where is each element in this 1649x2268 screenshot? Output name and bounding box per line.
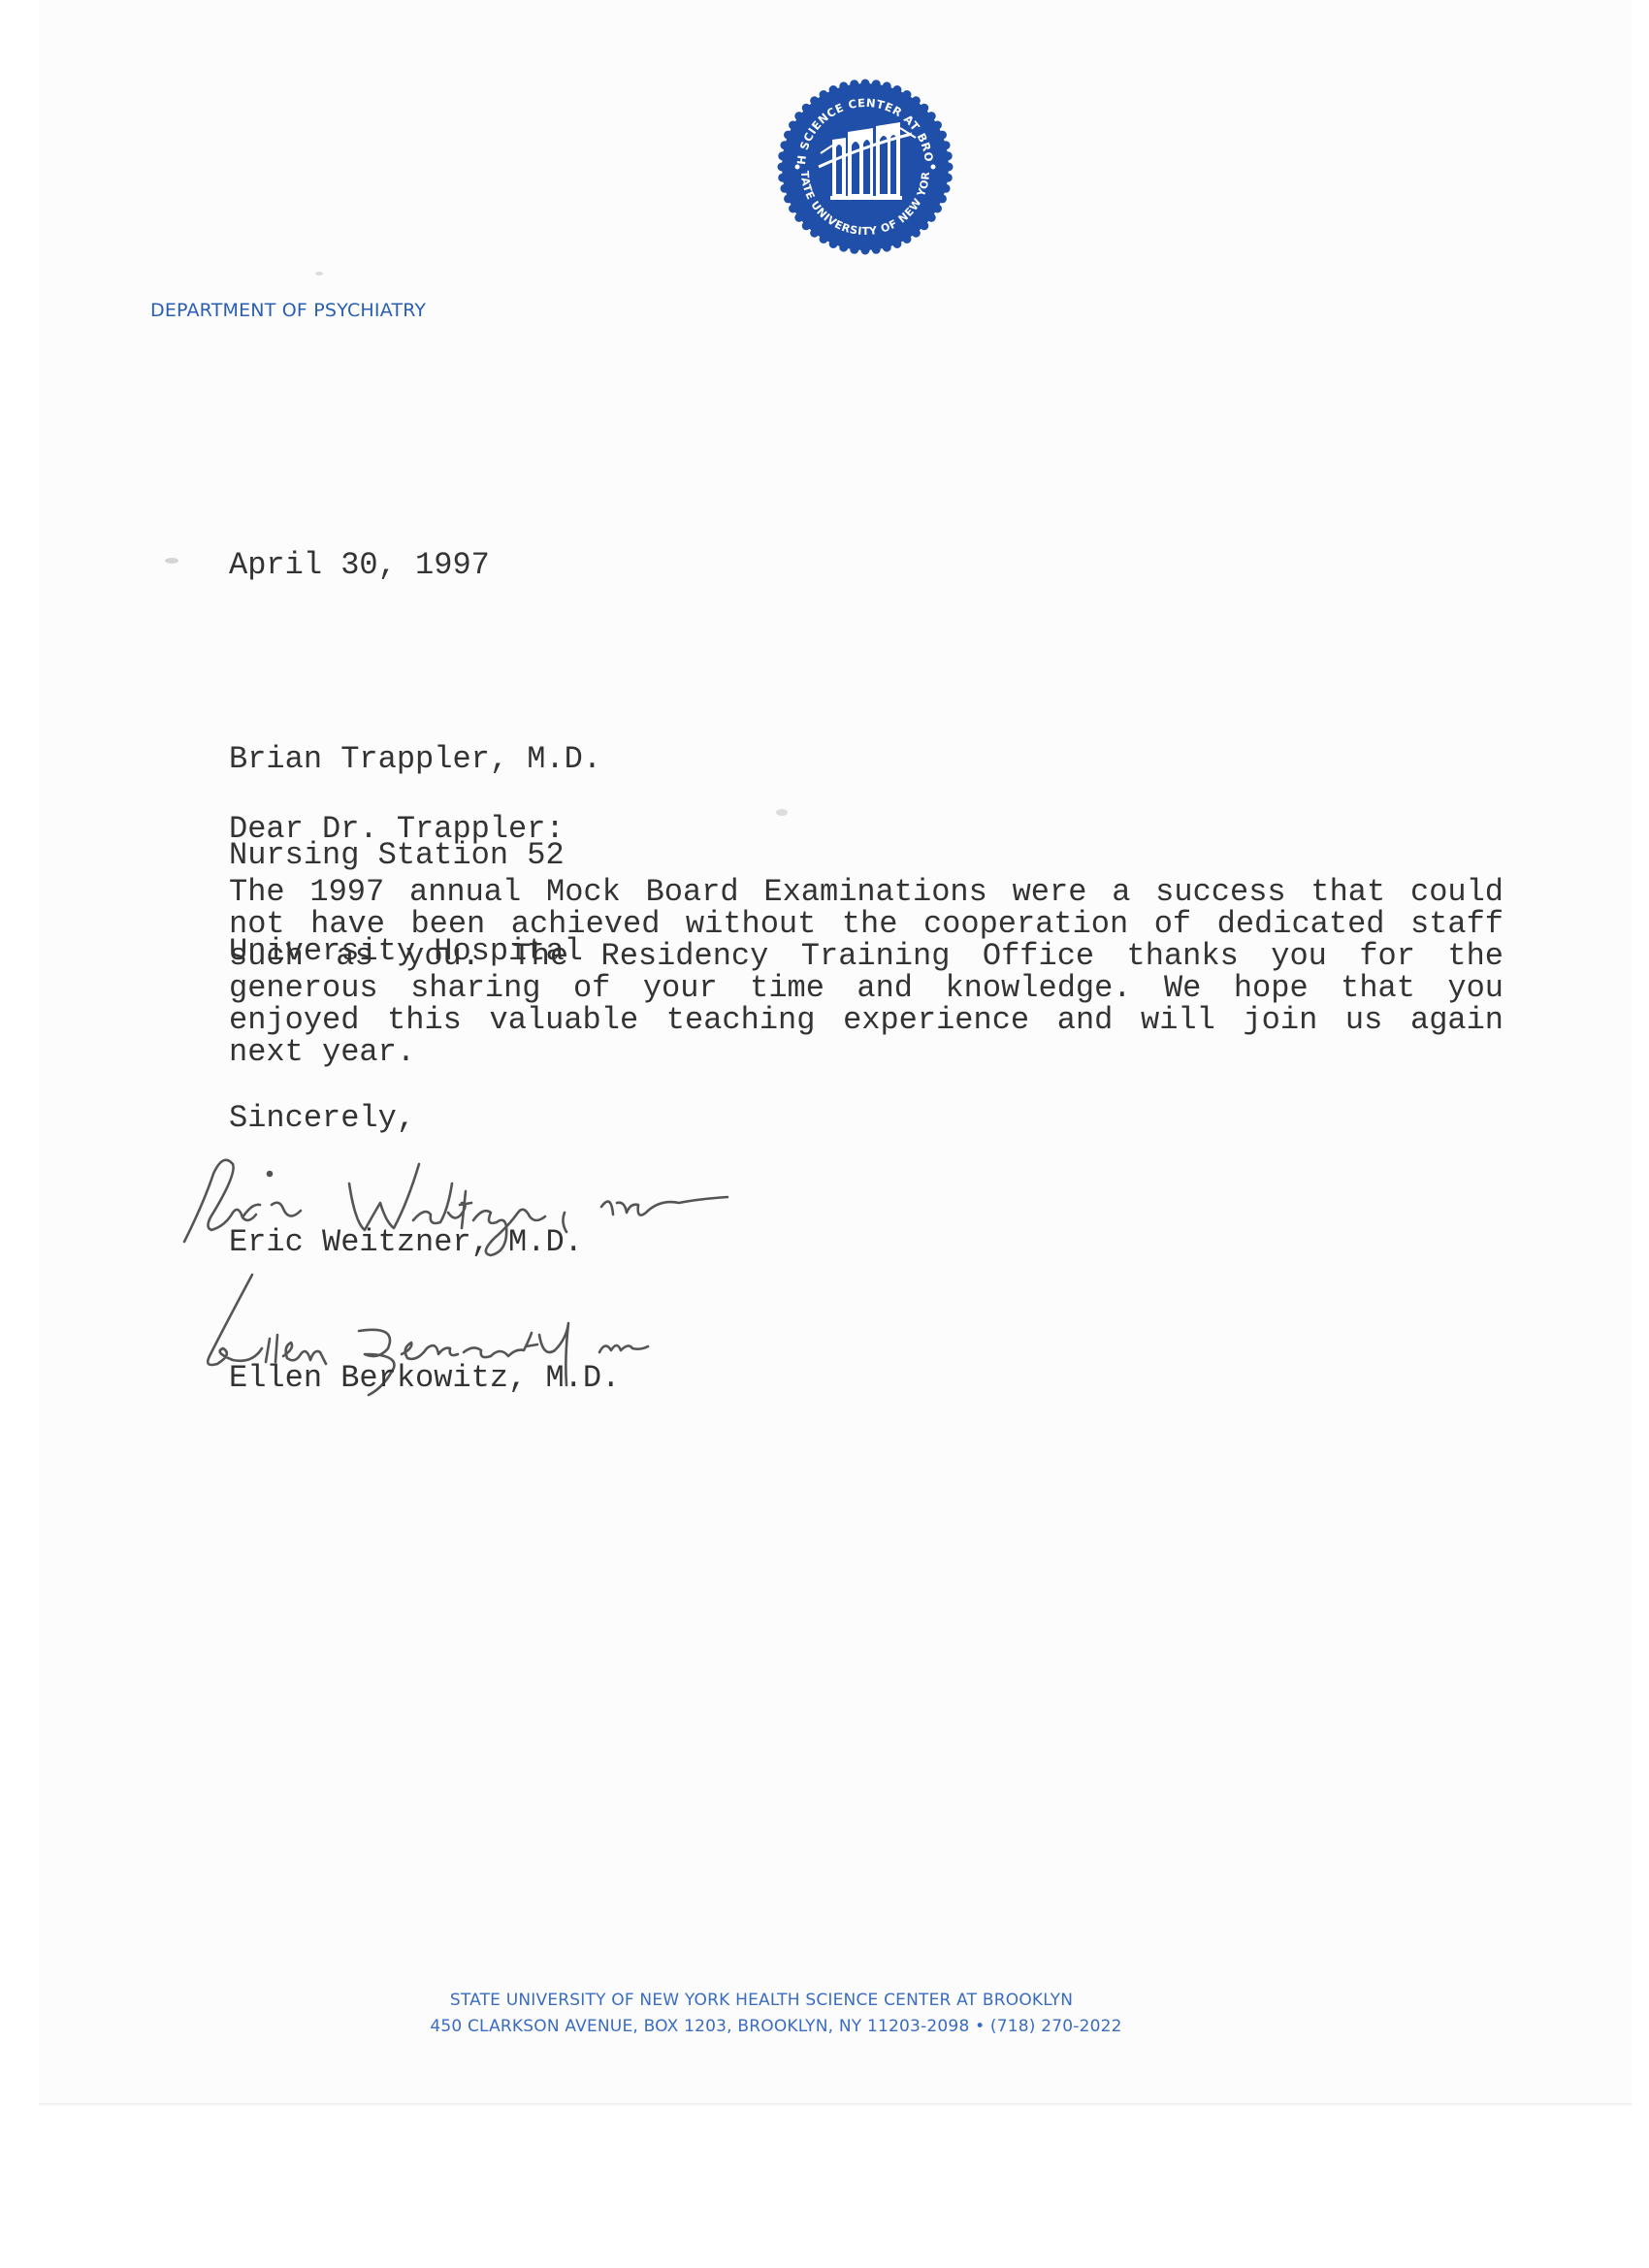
body-line: The 1997 annual Mock Board Examinations … [229, 876, 1503, 908]
footer-address: 450 CLARKSON AVENUE, BOX 1203, BROOKLYN,… [0, 2017, 1600, 2036]
closing: Sincerely, [229, 1102, 415, 1134]
brooklyn-bridge-seal-icon: HEALTH SCIENCE CENTER AT BROOKLYN STATE … [776, 78, 954, 256]
signatory-name: Eric Weitzner, M.D. [229, 1226, 583, 1258]
letter-date: April 30, 1997 [229, 549, 490, 581]
scan-speck [315, 272, 323, 275]
department-name: DEPARTMENT OF PSYCHIATRY [150, 300, 426, 321]
body-line: such as you. The Residency Training Offi… [229, 940, 1503, 972]
signatory-name: Ellen Berkowitz, M.D. [229, 1362, 620, 1394]
scan-speck [165, 558, 178, 564]
scan-speck [776, 809, 788, 816]
body-line: not have been achieved without the coope… [229, 908, 1503, 940]
footer-institution: STATE UNIVERSITY OF NEW YORK HEALTH SCIE… [0, 1991, 1586, 2010]
paper-edge [39, 2103, 1632, 2107]
body-line: next year. [229, 1036, 1503, 1068]
university-seal-logo: HEALTH SCIENCE CENTER AT BROOKLYN STATE … [776, 78, 954, 256]
body-line: generous sharing of your time and knowle… [229, 972, 1503, 1004]
body-line: enjoyed this valuable teaching experienc… [229, 1004, 1503, 1036]
recipient-name: Brian Trappler, M.D. [229, 743, 601, 775]
salutation: Dear Dr. Trappler: [229, 813, 565, 845]
letter-body: The 1997 annual Mock Board Examinations … [229, 876, 1503, 1068]
